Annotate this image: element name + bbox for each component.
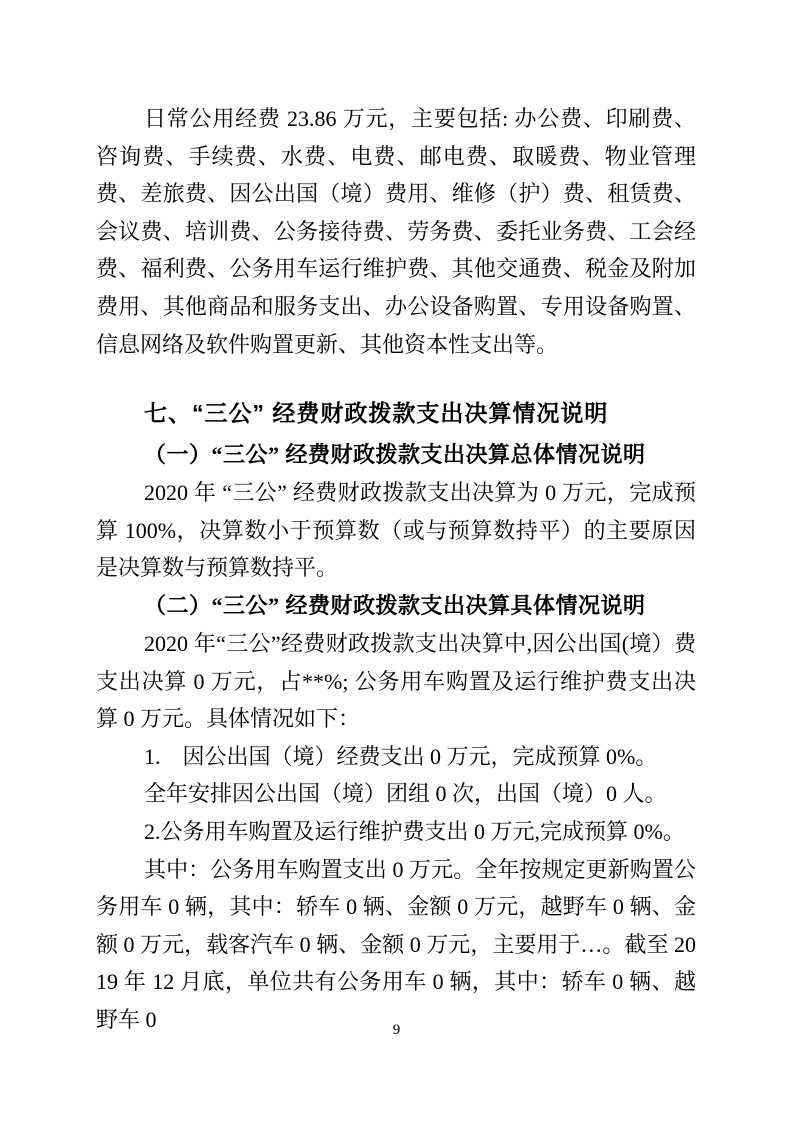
section-heading-three-public-funds: 七、“三公” 经费财政拨款支出决算情况说明: [96, 393, 696, 433]
list-item-official-vehicle-expense: 2.公务用车购置及运行维护费支出 0 万元,完成预算 0%。: [96, 813, 696, 851]
document-content: 日常公用经费 23.86 万元，主要包括: 办公费、印刷费、咨询费、手续费、水费…: [96, 100, 696, 1038]
paragraph-specific-situation: 2020 年“三公”经费财政拨款支出决算中,因公出国(境）费支出决算 0 万元，…: [96, 625, 696, 738]
document-page: 日常公用经费 23.86 万元，主要包括: 办公费、印刷费、咨询费、手续费、水费…: [0, 0, 793, 1122]
paragraph-overseas-trips-detail: 全年安排因公出国（境）团组 0 次，出国（境）0 人。: [96, 775, 696, 813]
list-item-overseas-trips-expense: 1. 因公出国（境）经费支出 0 万元，完成预算 0%。: [96, 738, 696, 776]
paragraph-daily-public-expense: 日常公用经费 23.86 万元，主要包括: 办公费、印刷费、咨询费、手续费、水费…: [96, 100, 696, 363]
paragraph-overall-situation: 2020 年 “三公” 经费财政拨款支出决算为 0 万元，完成预算 100%，决…: [96, 474, 696, 587]
page-number: 9: [0, 1022, 793, 1039]
subsection-2-heading-specific-situation: （二）“三公” 经费财政拨款支出决算具体情况说明: [96, 587, 696, 625]
paragraph-official-vehicle-detail: 其中：公务用车购置支出 0 万元。全年按规定更新购置公务用车 0 辆，其中：轿车…: [96, 851, 696, 1039]
subsection-1-heading-overall-situation: （一）“三公” 经费财政拨款支出决算总体情况说明: [96, 436, 696, 474]
